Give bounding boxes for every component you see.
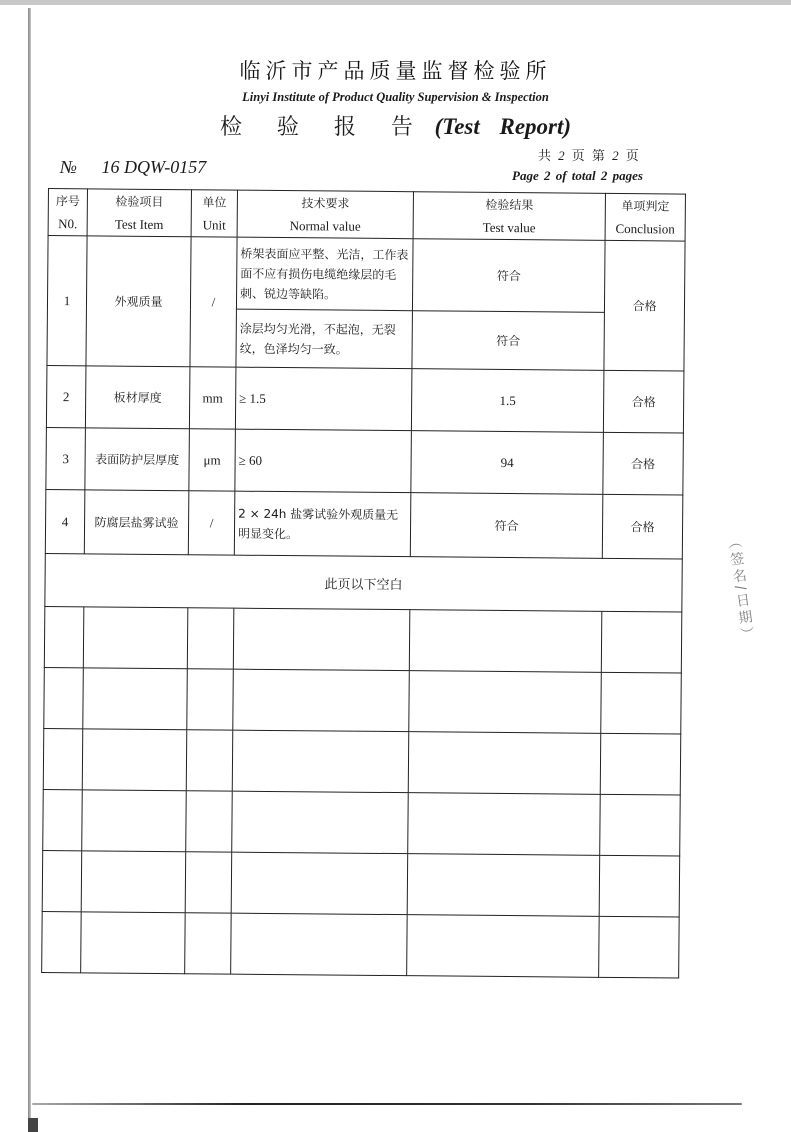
row-item: 板材厚度 (85, 366, 190, 429)
empty-cell (231, 852, 408, 915)
empty-cell (185, 913, 232, 974)
row-requirement: 2 × 24h 盐雾试验外观质量无明显变化。 (234, 491, 411, 557)
empty-cell (600, 794, 681, 856)
empty-table-row (44, 667, 682, 734)
report-title: 检 验 报 告 (Test Report) (0, 110, 791, 141)
bottom-rule (32, 1103, 742, 1105)
empty-cell (42, 911, 82, 972)
empty-cell (186, 730, 233, 791)
table-row: 1 外观质量 / 桥架表面应平整、光洁，工作表面不应有损伤电缆绝缘层的毛刺、锐边… (47, 236, 685, 314)
row-requirement: ≥ 1.5 (235, 367, 412, 431)
row-requirement: 涂层均匀光滑，不起泡，无裂纹，色泽均匀一致。 (236, 309, 412, 369)
page-current: 2 (612, 148, 619, 163)
row-no: 3 (46, 427, 86, 489)
empty-cell (232, 791, 409, 854)
scan-corner-shadow (28, 1118, 38, 1132)
empty-cell (81, 912, 186, 974)
report-number: № 16 DQW-0157 (60, 157, 206, 178)
row-no: 1 (47, 236, 87, 366)
col-header-unit: 单位Unit (191, 190, 237, 237)
empty-table-row (42, 850, 680, 917)
col-header-no: 序号N0. (48, 189, 87, 236)
empty-cell (81, 851, 186, 913)
empty-cell (409, 671, 602, 734)
empty-cell (407, 854, 600, 917)
empty-cell (231, 913, 408, 976)
blank-note: 此页以下空白 (45, 553, 682, 612)
col-header-conclusion: 单项判定Conclusion (605, 193, 685, 241)
blank-note-row: 此页以下空白 (45, 553, 682, 612)
empty-table-row (43, 728, 681, 795)
report-number-value: 16 DQW-0157 (101, 157, 206, 177)
row-result: 符合 (412, 239, 605, 313)
col-header-result: 检验结果Test value (413, 192, 605, 241)
empty-cell (82, 729, 187, 791)
empty-cell (44, 606, 84, 667)
empty-cell (599, 916, 680, 978)
empty-cell (601, 611, 682, 673)
empty-cell (600, 733, 681, 795)
empty-cell (407, 915, 600, 978)
empty-cell (83, 668, 188, 730)
page-total: 2 (558, 148, 565, 163)
row-item: 表面防护层厚度 (85, 428, 190, 491)
empty-cell (409, 610, 602, 673)
row-requirement: ≥ 60 (235, 429, 412, 493)
empty-cell (233, 669, 410, 732)
empty-cell (233, 608, 410, 671)
empty-cell (601, 672, 682, 734)
table-row: 3 表面防护层厚度 μm ≥ 60 94 合格 (46, 427, 684, 495)
empty-cell (83, 607, 188, 669)
empty-cell (42, 850, 82, 911)
report-title-cn: 检 验 报 告 (220, 115, 427, 140)
empty-cell (186, 791, 233, 852)
institute-name-cn: 临沂市产品质量监督检验所 (0, 55, 791, 85)
row-item: 外观质量 (86, 236, 191, 367)
row-conclusion: 合格 (603, 370, 684, 433)
empty-cell (82, 790, 187, 852)
empty-table-row (44, 606, 682, 673)
page-cn-suffix: 页 (626, 149, 639, 164)
empty-cell (232, 730, 409, 793)
row-unit: μm (189, 429, 236, 491)
table-row: 4 防腐层盐雾试验 / 2 × 24h 盐雾试验外观质量无明显变化。 符合 合格 (45, 489, 683, 559)
table-row: 2 板材厚度 mm ≥ 1.5 1.5 合格 (46, 365, 684, 433)
row-requirement: 桥架表面应平整、光洁，工作表面不应有损伤电缆绝缘层的毛刺、锐边等缺陷。 (236, 237, 413, 311)
row-conclusion: 合格 (603, 432, 684, 495)
empty-cell (185, 852, 232, 913)
empty-cell (187, 669, 234, 730)
row-unit: / (188, 491, 235, 555)
empty-cell (43, 728, 83, 789)
empty-cell (408, 793, 601, 856)
empty-table-row (43, 789, 681, 856)
empty-cell (43, 789, 83, 850)
empty-cell (187, 608, 234, 669)
row-conclusion: 合格 (604, 240, 685, 371)
empty-table-row (42, 911, 680, 978)
row-no: 2 (46, 365, 86, 427)
row-item: 防腐层盐雾试验 (84, 490, 189, 555)
empty-cell (44, 667, 84, 728)
col-header-requirement: 技术要求Normal value (237, 190, 413, 239)
row-result: 94 (411, 431, 604, 495)
inspection-table: 序号N0. 检验项目Test Item 单位Unit 技术要求Normal va… (41, 188, 686, 979)
page-indicator-en: Page 2 of total 2 pages (512, 168, 643, 184)
scan-top-border (0, 0, 791, 5)
page-indicator-cn: 共 2 页 第 2 页 (538, 145, 639, 164)
report-number-label: № (60, 157, 77, 177)
report-title-en: (Test Report) (435, 114, 571, 139)
empty-cell (408, 732, 601, 795)
row-result: 1.5 (411, 369, 604, 433)
row-result: 符合 (410, 493, 603, 559)
row-result: 符合 (412, 311, 604, 371)
institute-name-en: Linyi Institute of Product Quality Super… (0, 90, 791, 105)
table-header-row: 序号N0. 检验项目Test Item 单位Unit 技术要求Normal va… (48, 189, 685, 242)
page-cn-mid: 页 第 (572, 149, 605, 164)
scan-left-edge (28, 8, 31, 1132)
row-no: 4 (45, 489, 85, 553)
page-cn-prefix: 共 (538, 149, 551, 164)
handwritten-signature-stamp: （签名/日期） (713, 534, 761, 667)
col-header-item: 检验项目Test Item (87, 189, 191, 237)
row-conclusion: 合格 (602, 494, 683, 559)
row-unit: mm (189, 367, 236, 429)
row-unit: / (190, 237, 237, 367)
empty-cell (599, 855, 680, 917)
